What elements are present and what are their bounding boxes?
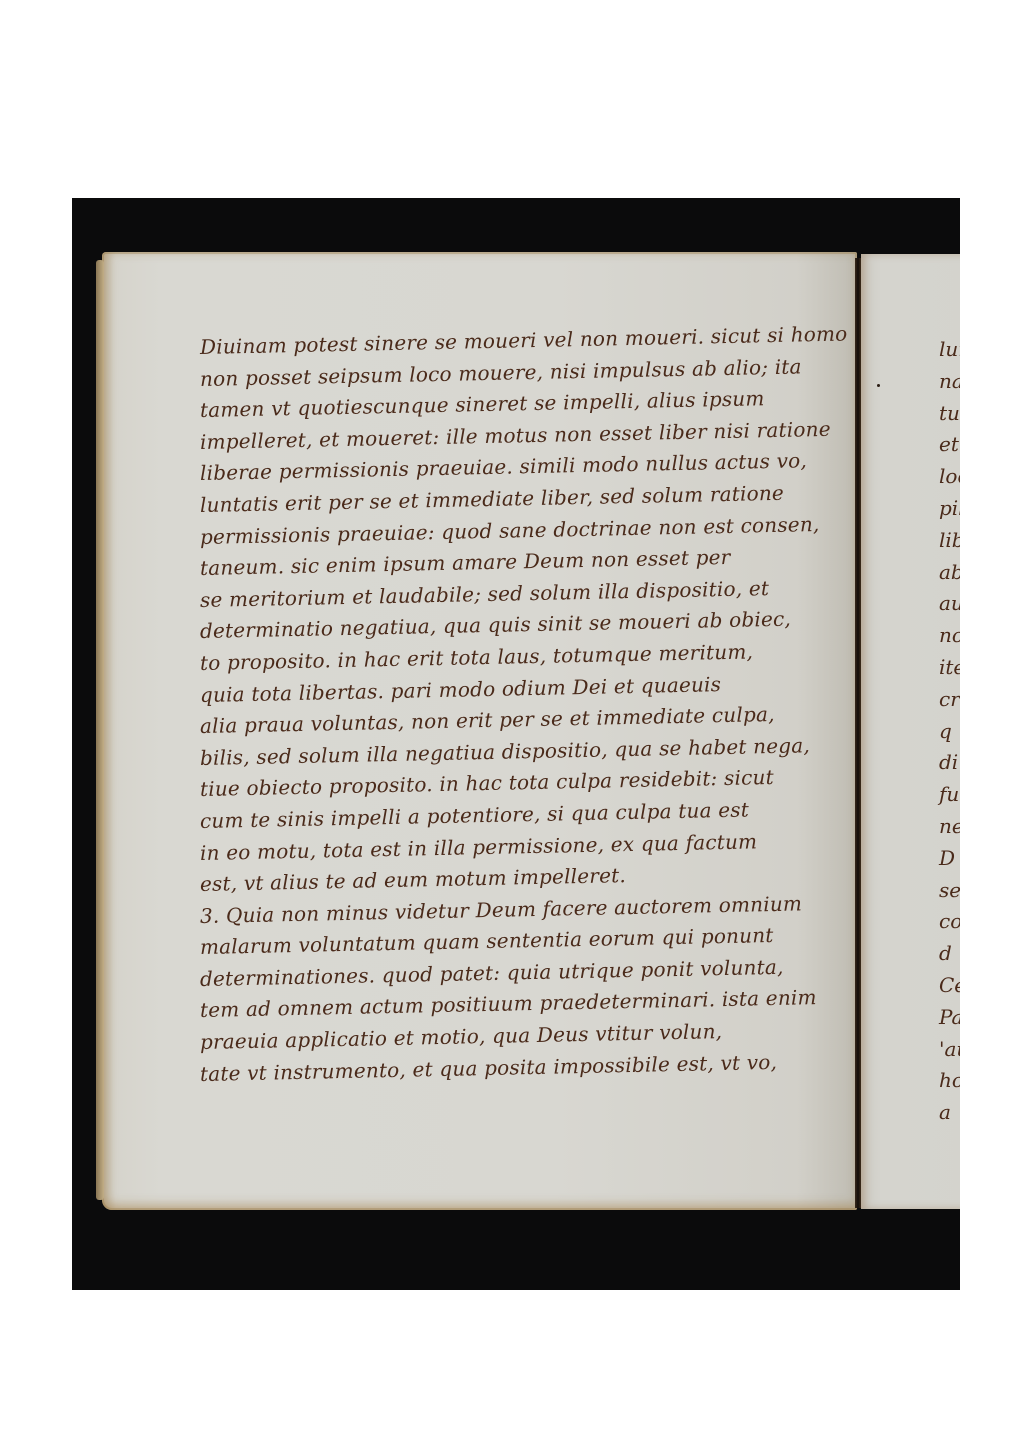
left-page: Diuinam potest sinere se moueri vel non … — [102, 252, 857, 1210]
text-fragment: se — [939, 875, 960, 907]
text-fragment: nor — [939, 620, 960, 652]
right-page: lun nat tu et loc pil lib ab au nor ite … — [861, 254, 960, 1209]
page-stack-edge — [96, 260, 104, 1200]
text-fragment: d — [939, 938, 960, 970]
text-fragment: di — [939, 747, 960, 779]
manuscript-text: Diuinam potest sinere se moueri vel non … — [200, 332, 800, 1090]
text-fragment: q — [939, 716, 960, 748]
text-fragment: lun — [939, 334, 960, 366]
text-fragment: a — [939, 1097, 960, 1129]
text-fragment: tu — [939, 398, 960, 430]
text-fragment: Ce — [939, 970, 960, 1002]
text-fragment: ab — [939, 557, 960, 589]
ink-dot — [877, 384, 880, 387]
text-fragment: lib — [939, 525, 960, 557]
text-fragment: au — [939, 588, 960, 620]
text-fragment: nat — [939, 366, 960, 398]
text-fragment: ne — [939, 811, 960, 843]
text-fragment: ho — [939, 1065, 960, 1097]
text-fragment: fu — [939, 779, 960, 811]
text-fragment: co — [939, 906, 960, 938]
text-fragment: 'au — [939, 1034, 960, 1066]
right-page-text-fragments: lun nat tu et loc pil lib ab au nor ite … — [939, 334, 960, 1129]
manuscript-photo: Diuinam potest sinere se moueri vel non … — [72, 198, 960, 1290]
text-fragment: D — [939, 843, 960, 875]
text-fragment: loc — [939, 461, 960, 493]
text-fragment: pil — [939, 493, 960, 525]
text-fragment: et — [939, 429, 960, 461]
text-fragment: cr — [939, 684, 960, 716]
text-fragment: Pa — [939, 1002, 960, 1034]
text-fragment: ite — [939, 652, 960, 684]
